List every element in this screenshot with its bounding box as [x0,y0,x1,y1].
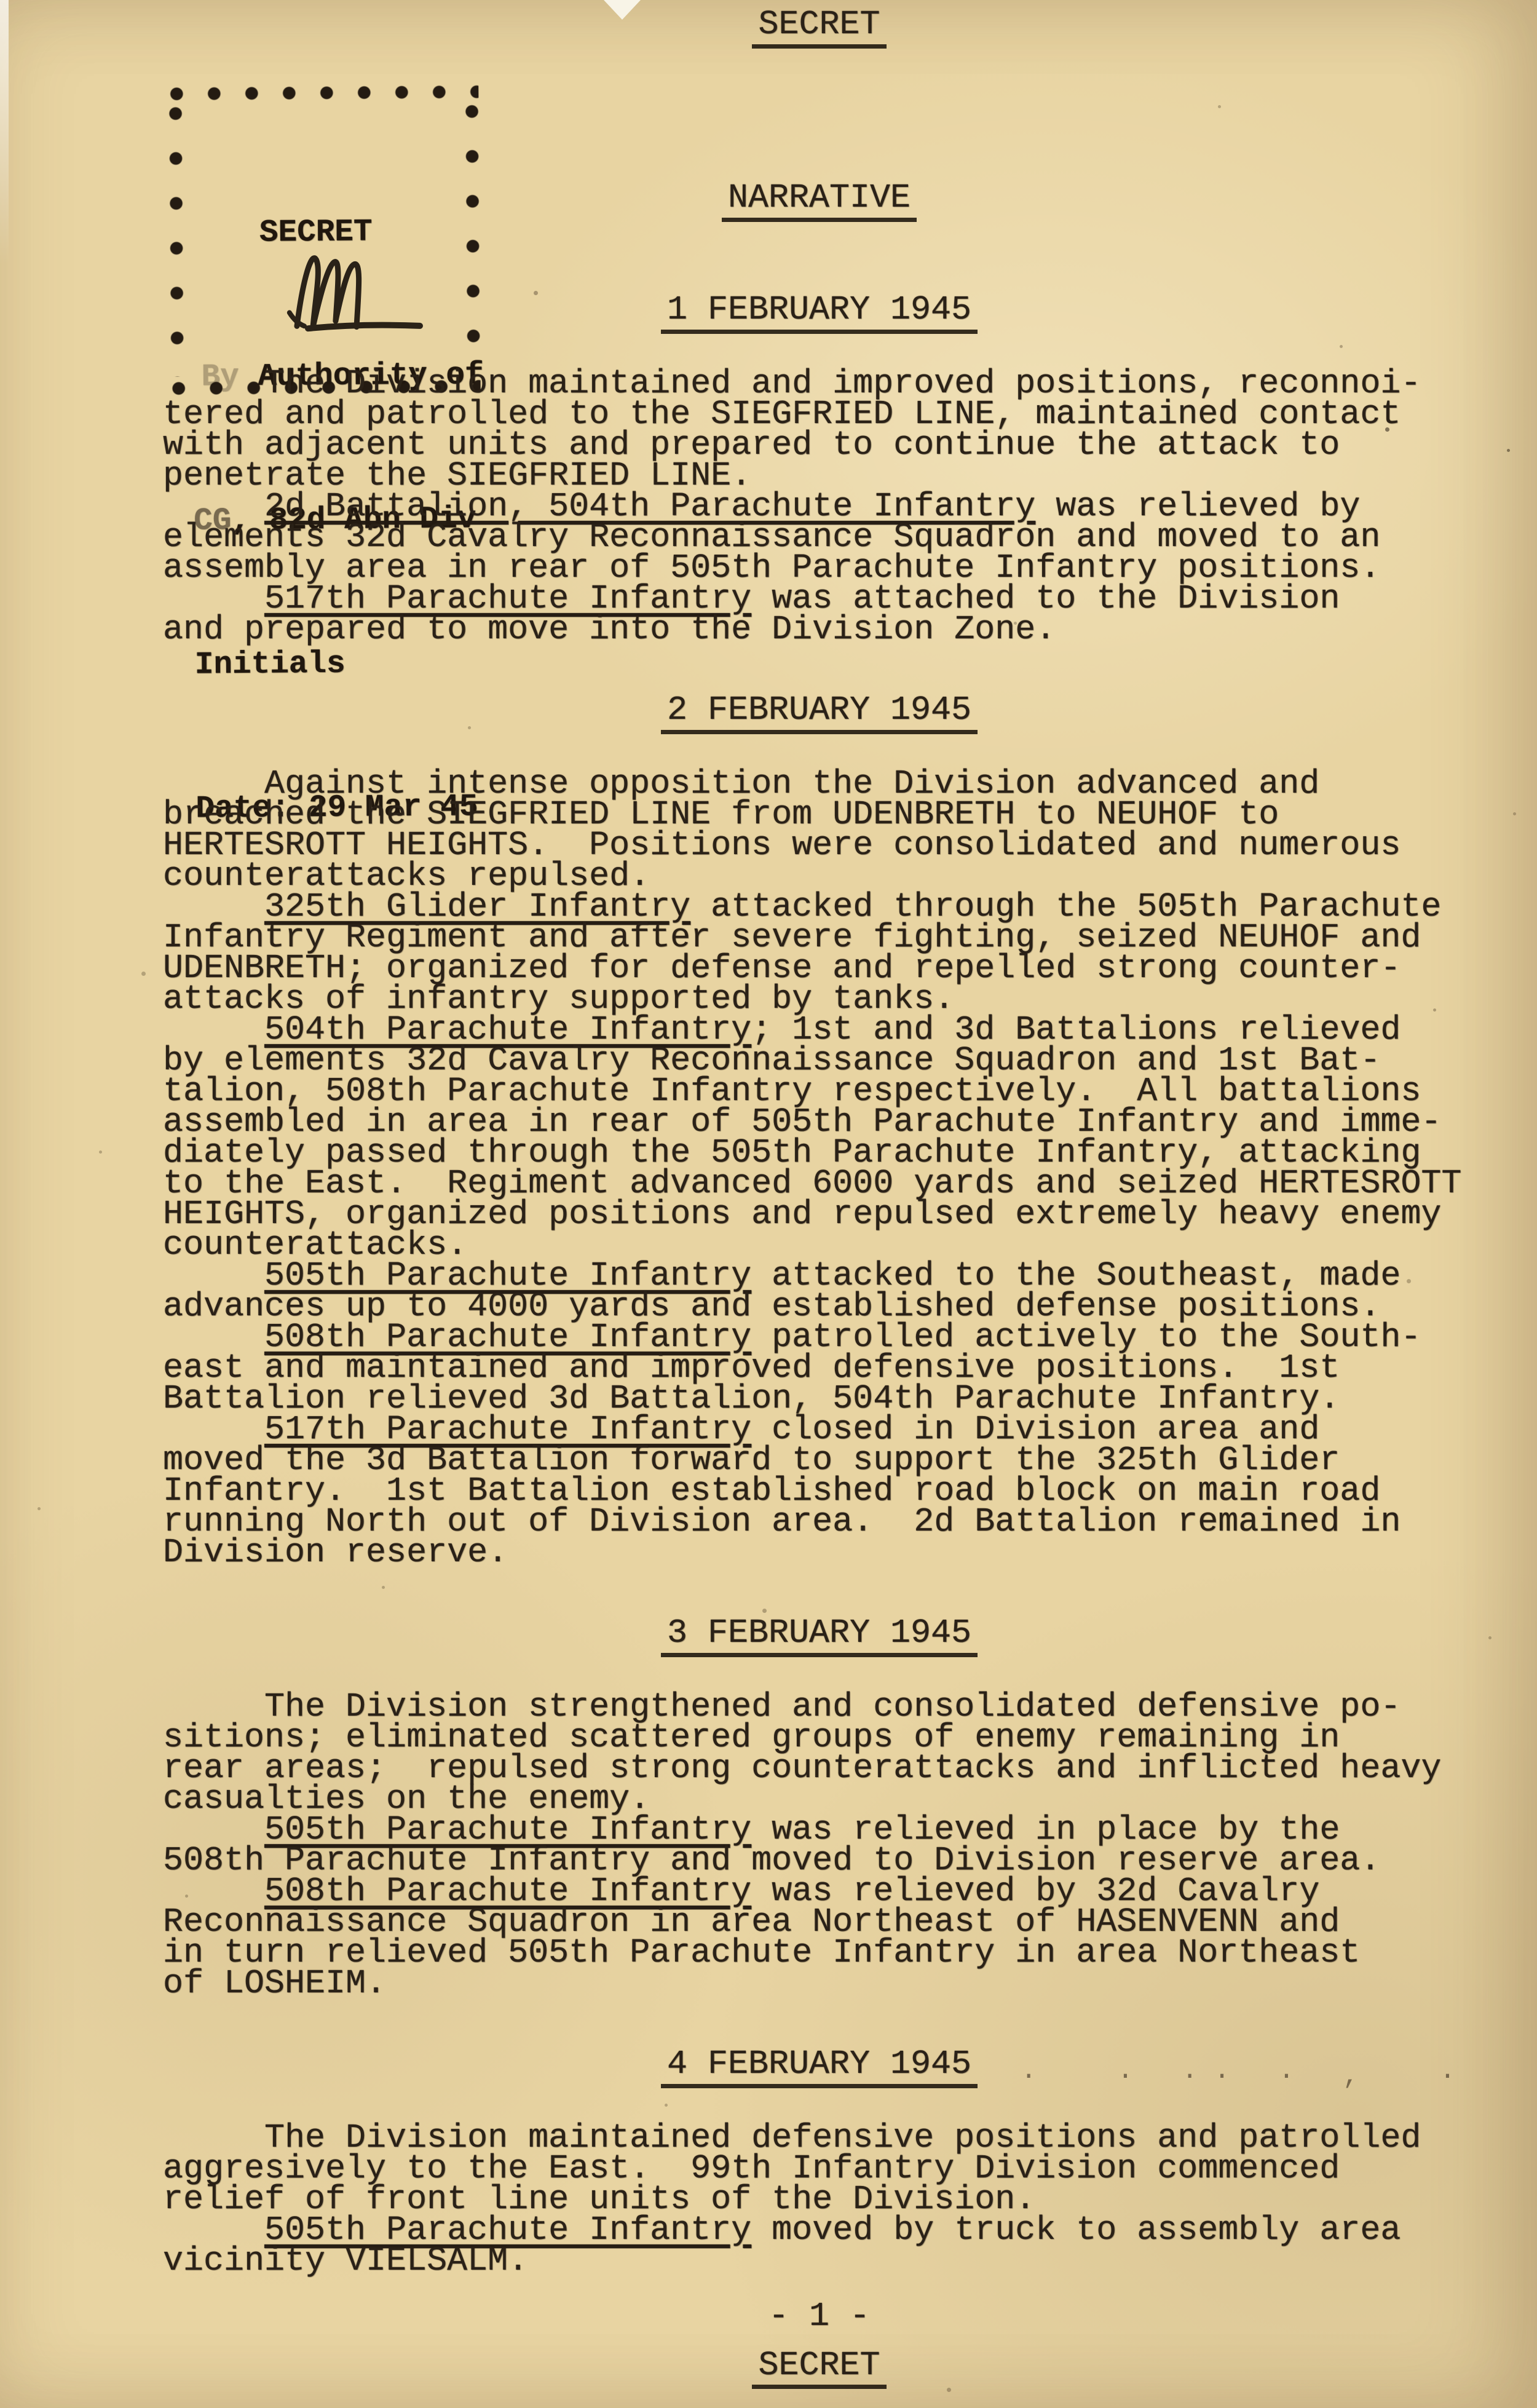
section-heading: 2 FEBRUARY 1945 [163,694,1476,734]
section-heading-text: 3 FEBRUARY 1945 [661,1617,978,1657]
pen-marks: · · ·· · , · [1021,2061,1472,2092]
scan-edge-artifact [0,0,9,264]
paragraph: 505th Parachute Infantry moved by truck … [163,2215,1476,2276]
paragraph: 508th Parachute Infantry was relieved by… [163,1876,1476,1999]
stamp-dots-top [168,84,478,102]
section-heading: 1 FEBRUARY 1945 [163,294,1476,334]
paragraph: 2d Battalion, 504th Parachute Infantry w… [163,491,1476,584]
paragraph: 517th Parachute Infantry was attached to… [163,584,1476,645]
scanned-document-page: SECRET SECRET By Authority of CG, 82d Ab… [0,0,1537,2408]
section-heading: 3 FEBRUARY 1945 [163,1617,1476,1657]
paragraph: 504th Parachute Infantry; 1st and 3d Bat… [163,1015,1476,1261]
paragraph: 325th Glider Infantry attacked through t… [163,892,1476,1015]
classification-top: SECRET [163,9,1476,49]
paragraph: 517th Parachute Infantry closed in Divis… [163,1414,1476,1568]
text-line: vicinity VIELSALM. [163,2246,1476,2276]
section-heading-text: 1 FEBRUARY 1945 [661,294,978,334]
classification-bottom-text: SECRET [752,2350,886,2389]
paragraph: The Division strengthened and consolidat… [163,1692,1476,1815]
paragraph: The Division maintained defensive positi… [163,2123,1476,2215]
section-heading-text: 2 FEBRUARY 1945 [661,694,978,734]
page-number: - 1 - [163,2301,1476,2332]
text-line: Division reserve. [163,1537,1476,1568]
paragraph: 508th Parachute Infantry patrolled activ… [163,1322,1476,1414]
document-title-text: NARRATIVE [722,182,917,222]
sections-container: 1 FEBRUARY 1945 The Division maintained … [163,294,1476,2276]
paper-specks [0,0,2,2]
document-title: NARRATIVE [163,182,1476,222]
classification-top-text: SECRET [752,9,886,49]
text-line: and prepared to move into the Division Z… [163,614,1476,645]
paragraph: 505th Parachute Infantry was relieved in… [163,1815,1476,1876]
paragraph: 505th Parachute Infantry attacked to the… [163,1261,1476,1322]
paragraph: Against intense opposition the Division … [163,769,1476,892]
paragraph: The Division maintained and improved pos… [163,368,1476,491]
section-heading-text: 4 FEBRUARY 1945 [661,2048,978,2088]
classification-bottom: SECRET [163,2350,1476,2389]
text-line: of LOSHEIM. [163,1968,1476,1999]
